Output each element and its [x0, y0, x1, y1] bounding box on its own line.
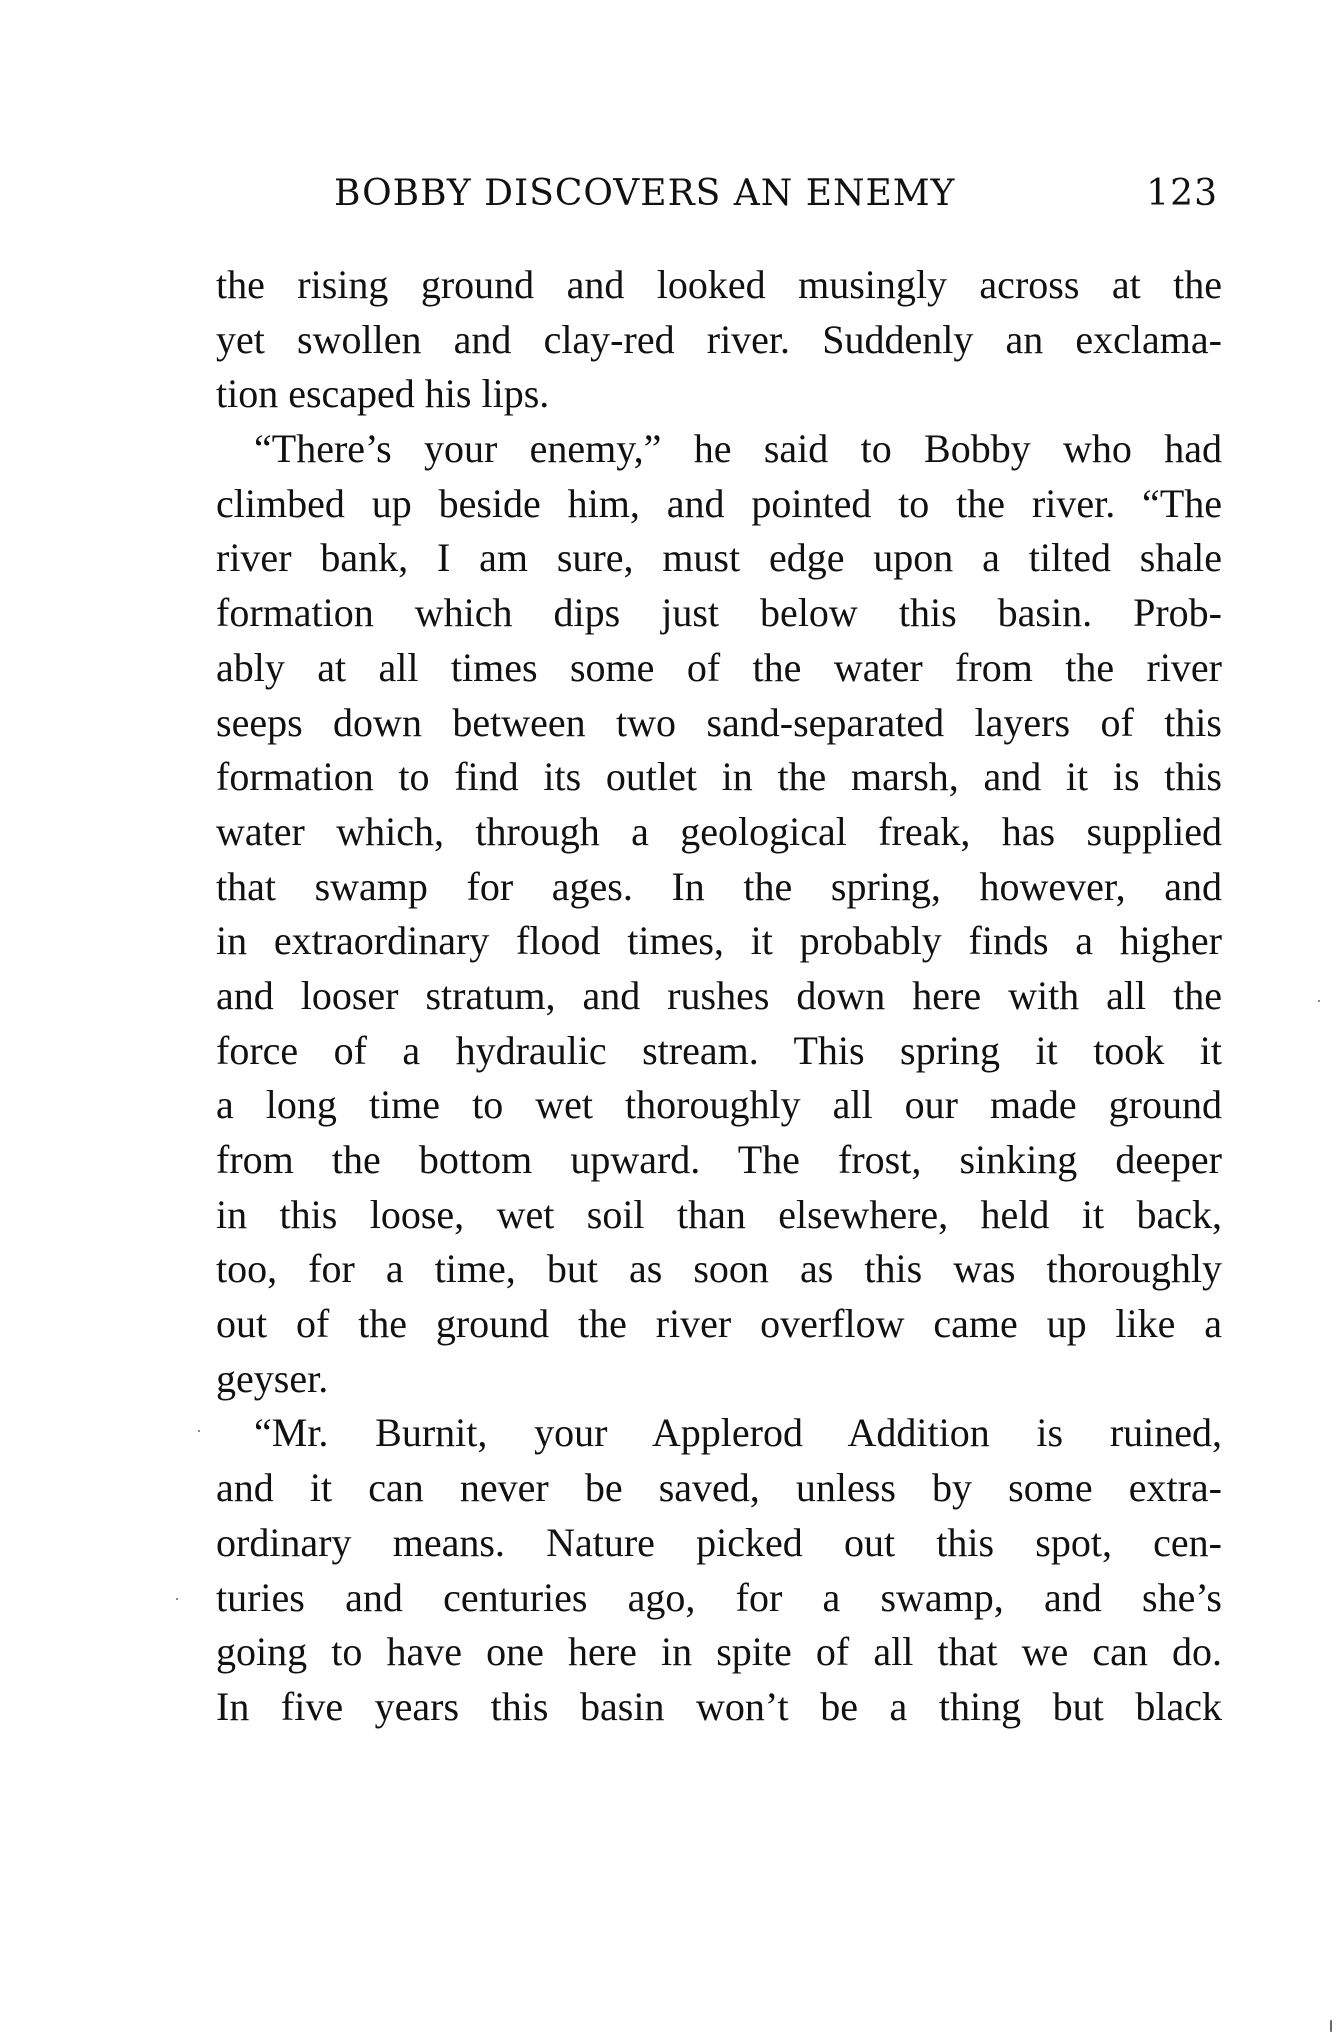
text-line: and looser stratum, and rushes down here…: [216, 969, 1222, 1024]
book-page: BOBBY DISCOVERS AN ENEMY 123 the rising …: [0, 0, 1336, 2033]
text-line: ordinary means. Nature picked out this s…: [216, 1516, 1222, 1571]
text-line: turies and centuries ago, for a swamp, a…: [216, 1571, 1222, 1626]
body-text: the rising ground and looked musingly ac…: [216, 258, 1222, 1735]
text-line: in extraordinary flood times, it probabl…: [216, 914, 1222, 969]
text-line: “There’s your enemy,” he said to Bobby w…: [216, 422, 1222, 477]
scan-speck: [198, 1430, 200, 1432]
scan-speck: [1330, 2020, 1332, 2032]
text-line: seeps down between two sand-separated la…: [216, 696, 1222, 751]
text-line: formation to find its outlet in the mars…: [216, 750, 1222, 805]
text-line: that swamp for ages. In the spring, howe…: [216, 860, 1222, 915]
text-line: the rising ground and looked musingly ac…: [216, 258, 1222, 313]
text-line: water which, through a geological freak,…: [216, 805, 1222, 860]
text-line: yet swollen and clay-red river. Suddenly…: [216, 313, 1222, 368]
scan-speck: [176, 1598, 178, 1600]
text-line: river bank, I am sure, must edge upon a …: [216, 531, 1222, 586]
text-line: a long time to wet thoroughly all our ma…: [216, 1078, 1222, 1133]
text-line: In five years this basin won’t be a thin…: [216, 1680, 1222, 1735]
text-line: formation which dips just below this bas…: [216, 586, 1222, 641]
running-header: BOBBY DISCOVERS AN ENEMY 123: [334, 168, 1218, 218]
text-line: climbed up beside him, and pointed to th…: [216, 477, 1222, 532]
text-line: too, for a time, but as soon as this was…: [216, 1242, 1222, 1297]
text-line: “Mr. Burnit, your Applerod Addition is r…: [216, 1406, 1222, 1461]
text-line: force of a hydraulic stream. This spring…: [216, 1024, 1222, 1079]
scan-speck: [1318, 1000, 1320, 1002]
text-line: geyser.: [216, 1352, 1222, 1407]
text-line: tion escaped his lips.: [216, 367, 1222, 422]
text-line: in this loose, wet soil than elsewhere, …: [216, 1188, 1222, 1243]
text-line: from the bottom upward. The frost, sinki…: [216, 1133, 1222, 1188]
running-title: BOBBY DISCOVERS AN ENEMY: [334, 173, 955, 214]
text-line: and it can never be saved, unless by som…: [216, 1461, 1222, 1516]
text-line: ably at all times some of the water from…: [216, 641, 1222, 696]
text-line: out of the ground the river overflow cam…: [216, 1297, 1222, 1352]
text-line: going to have one here in spite of all t…: [216, 1625, 1222, 1680]
page-number: 123: [1146, 173, 1218, 214]
